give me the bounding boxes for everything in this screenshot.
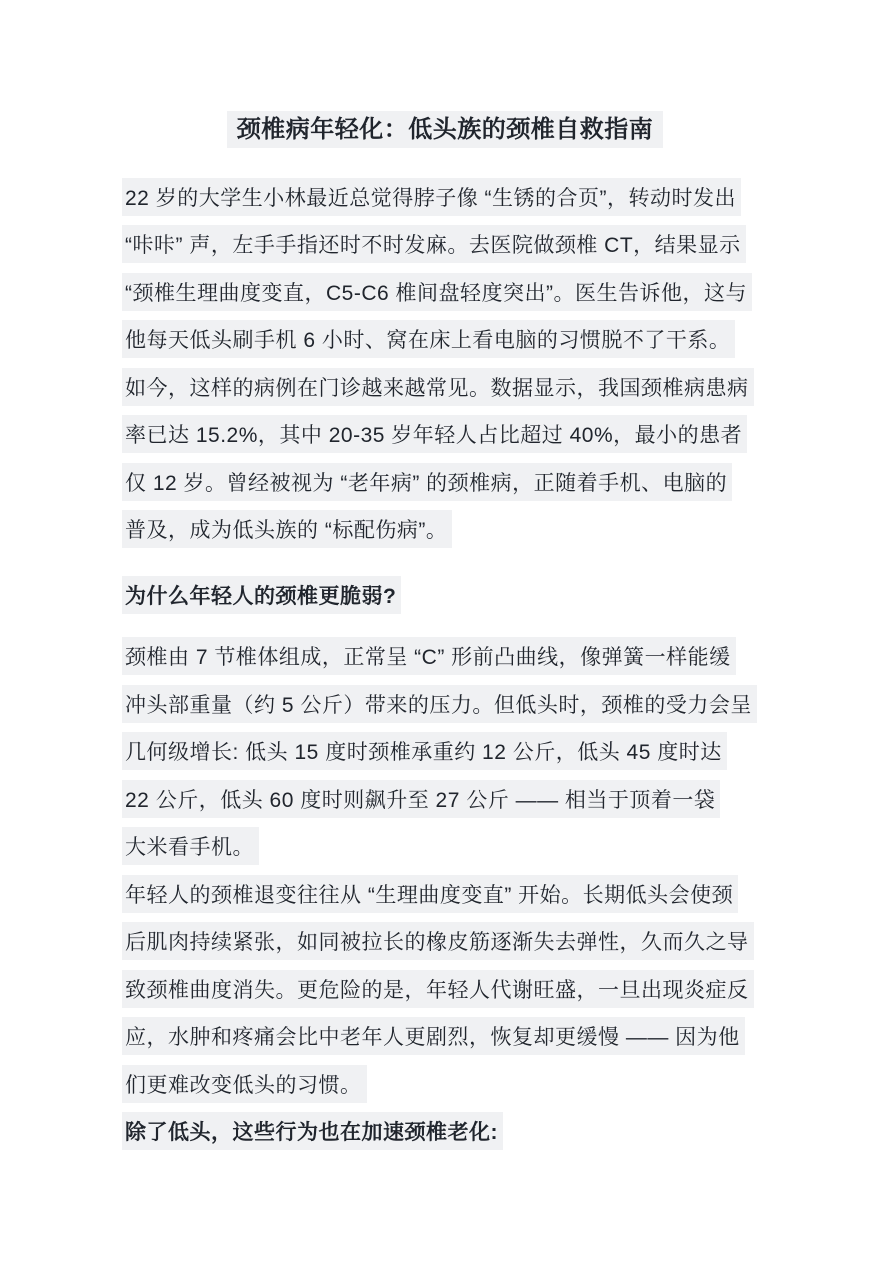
- text-line: 普及，成为低头族的 “标配伤病”。: [122, 506, 768, 554]
- document-title: 颈椎病年轻化：低头族的颈椎自救指南: [122, 110, 768, 150]
- paragraph-degeneration: 年轻人的颈椎退变往往从 “生理曲度变直” 开始。长期低头会使颈 后肌肉持续紧张，…: [122, 870, 768, 1108]
- document-page: 颈椎病年轻化：低头族的颈椎自救指南 22 岁的大学生小林最近总觉得脖子像 “生锈…: [0, 0, 893, 1262]
- text-line-content: 应，水肿和疼痛会比中老年人更剧烈，恢复却更缓慢 —— 因为他: [122, 1017, 745, 1055]
- text-line-content: 他每天低头刷手机 6 小时、窝在床上看电脑的习惯脱不了干系。: [122, 320, 735, 358]
- text-line: 22 岁的大学生小林最近总觉得脖子像 “生锈的合页”，转动时发出: [122, 173, 768, 221]
- text-line-content: 颈椎由 7 节椎体组成，正常呈 “C” 形前凸曲线，像弹簧一样能缓: [122, 637, 736, 675]
- text-line-content: 22 岁的大学生小林最近总觉得脖子像 “生锈的合页”，转动时发出: [122, 178, 741, 216]
- text-line-content: “颈椎生理曲度变直，C5-C6 椎间盘轻度突出”。医生告诉他，这与: [122, 273, 752, 311]
- text-line-content: 几何级增长: 低头 15 度时颈椎承重约 12 公斤，低头 45 度时达: [122, 732, 727, 770]
- text-line-content: 22 公斤，低头 60 度时则飙升至 27 公斤 —— 相当于顶着一袋: [122, 780, 720, 818]
- text-line: 颈椎由 7 节椎体组成，正常呈 “C” 形前凸曲线，像弹簧一样能缓: [122, 633, 768, 681]
- section-heading-line: 为什么年轻人的颈椎更脆弱?: [122, 571, 768, 619]
- text-line-content: “咔咔” 声，左手手指还时不时发麻。去医院做颈椎 CT，结果显示: [122, 225, 746, 263]
- bold-lead-line: 除了低头，这些行为也在加速颈椎老化:: [122, 1108, 768, 1156]
- bold-lead-text: 除了低头，这些行为也在加速颈椎老化:: [122, 1112, 503, 1150]
- section-heading-text: 为什么年轻人的颈椎更脆弱?: [122, 576, 401, 614]
- text-line-content: 仅 12 岁。曾经被视为 “老年病” 的颈椎病，正随着手机、电脑的: [122, 463, 732, 501]
- text-line-content: 年轻人的颈椎退变往往从 “生理曲度变直” 开始。长期低头会使颈: [122, 875, 738, 913]
- paragraph-statistics: 如今，这样的病例在门诊越来越常见。数据显示，我国颈椎病患病 率已达 15.2%，…: [122, 363, 768, 553]
- paragraph-intro: 22 岁的大学生小林最近总觉得脖子像 “生锈的合页”，转动时发出 “咔咔” 声，…: [122, 173, 768, 363]
- text-line-content: 后肌肉持续紧张，如同被拉长的橡皮筋逐渐失去弹性，久而久之导: [122, 922, 754, 960]
- text-line: 他每天低头刷手机 6 小时、窝在床上看电脑的习惯脱不了干系。: [122, 316, 768, 364]
- text-line-content: 冲头部重量（约 5 公斤）带来的压力。但低头时，颈椎的受力会呈: [122, 685, 757, 723]
- paragraph-other-behaviors-lead: 除了低头，这些行为也在加速颈椎老化:: [122, 1108, 768, 1156]
- text-line: 应，水肿和疼痛会比中老年人更剧烈，恢复却更缓慢 —— 因为他: [122, 1013, 768, 1061]
- text-line-content: 们更难改变低头的习惯。: [122, 1065, 367, 1103]
- text-line: 如今，这样的病例在门诊越来越常见。数据显示，我国颈椎病患病: [122, 363, 768, 411]
- text-line: 仅 12 岁。曾经被视为 “老年病” 的颈椎病，正随着手机、电脑的: [122, 458, 768, 506]
- text-line: 后肌肉持续紧张，如同被拉长的橡皮筋逐渐失去弹性，久而久之导: [122, 918, 768, 966]
- text-line: 们更难改变低头的习惯。: [122, 1060, 768, 1108]
- text-line-content: 率已达 15.2%，其中 20-35 岁年轻人占比超过 40%，最小的患者: [122, 415, 747, 453]
- text-line: 几何级增长: 低头 15 度时颈椎承重约 12 公斤，低头 45 度时达: [122, 728, 768, 776]
- paragraph-cervical-mechanics: 颈椎由 7 节椎体组成，正常呈 “C” 形前凸曲线，像弹簧一样能缓 冲头部重量（…: [122, 633, 768, 871]
- text-line: 22 公斤，低头 60 度时则飙升至 27 公斤 —— 相当于顶着一袋: [122, 775, 768, 823]
- text-line: 冲头部重量（约 5 公斤）带来的压力。但低头时，颈椎的受力会呈: [122, 680, 768, 728]
- text-line: 大米看手机。: [122, 823, 768, 871]
- text-line-content: 如今，这样的病例在门诊越来越常见。数据显示，我国颈椎病患病: [122, 368, 754, 406]
- text-line-content: 大米看手机。: [122, 827, 259, 865]
- text-line: 致颈椎曲度消失。更危险的是，年轻人代谢旺盛，一旦出现炎症反: [122, 965, 768, 1013]
- text-line-content: 普及，成为低头族的 “标配伤病”。: [122, 510, 452, 548]
- text-line: 率已达 15.2%，其中 20-35 岁年轻人占比超过 40%，最小的患者: [122, 411, 768, 459]
- text-line: “颈椎生理曲度变直，C5-C6 椎间盘轻度突出”。医生告诉他，这与: [122, 268, 768, 316]
- document-title-text: 颈椎病年轻化：低头族的颈椎自救指南: [227, 111, 664, 148]
- text-line-content: 致颈椎曲度消失。更危险的是，年轻人代谢旺盛，一旦出现炎症反: [122, 970, 754, 1008]
- text-line: 年轻人的颈椎退变往往从 “生理曲度变直” 开始。长期低头会使颈: [122, 870, 768, 918]
- section-heading-why-fragile: 为什么年轻人的颈椎更脆弱?: [122, 571, 768, 619]
- text-line: “咔咔” 声，左手手指还时不时发麻。去医院做颈椎 CT，结果显示: [122, 221, 768, 269]
